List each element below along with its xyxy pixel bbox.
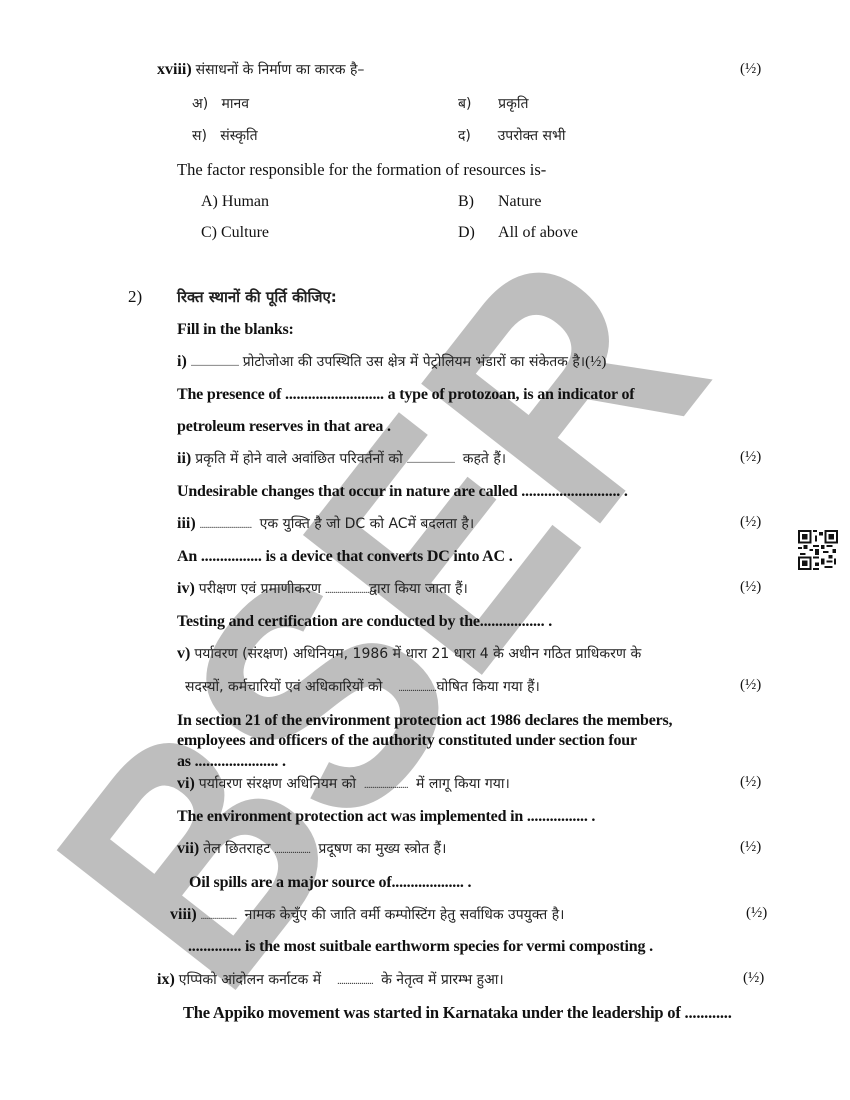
q18-marks: (½) (740, 61, 761, 78)
qr-code-icon[interactable] (798, 530, 838, 570)
option-label: B) (458, 193, 474, 210)
blank: ........................ (191, 358, 239, 369)
blank: ...................... (364, 780, 408, 791)
item-ix-marks: (½) (743, 970, 764, 987)
item-i-hindi: i) ........................ प्रोटोजोआ की… (177, 352, 606, 374)
item-v-hindi-1: v) पर्यावरण (संरक्षण) अधिनियम, 1986 में … (177, 644, 641, 664)
hindi-text: नामक केचुँए की जाति वर्मी कम्पोस्टिंग हे… (245, 907, 565, 923)
option-label: ब) (458, 96, 471, 112)
option-label: A) (201, 193, 218, 210)
option-text: Culture (221, 224, 269, 241)
item-number: iv) (177, 580, 195, 597)
option-text: Human (222, 193, 269, 210)
option-label: द) (458, 128, 471, 144)
blank: ................... (398, 683, 436, 694)
section2-hindi-heading: रिक्त स्थानों की पूर्ति कीजिए: (177, 287, 337, 307)
q18-english-option-d: D) All of above (458, 223, 578, 243)
exam-page: BSER xviii) संसाधनों के निर्माण का कारक … (0, 0, 850, 1100)
item-ix-english: The Appiko movement was started in Karna… (183, 1003, 732, 1023)
item-vii-hindi: vii) तेल छितराहट .................. प्रद… (177, 839, 446, 861)
item-vii-marks: (½) (740, 839, 761, 856)
hindi-text: घोषित किया गया हैं। (436, 679, 539, 695)
item-i-english-2: petroleum reserves in that area . (177, 417, 391, 437)
hindi-text: तेल छितराहट (203, 841, 270, 857)
item-vi-marks: (½) (740, 774, 761, 791)
item-viii-hindi: viii) .................. नामक केचुँए की … (170, 905, 564, 927)
hindi-text: कहते हैं। (463, 451, 506, 467)
item-number: vi) (177, 775, 195, 792)
q18-hindi-option-a: अ) मानव (192, 94, 249, 114)
item-iv-hindi: iv) परीक्षण एवं प्रमाणीकरण .............… (177, 579, 468, 601)
item-iv-marks: (½) (740, 579, 761, 596)
q18-english-option-a: A) Human (201, 192, 269, 212)
hindi-text: द्वारा किया जाता हैं। (369, 581, 468, 597)
option-text: मानव (222, 96, 250, 112)
item-vii-english: Oil spills are a major source of........… (189, 873, 471, 893)
section2-number: 2) (128, 287, 142, 307)
q18-hindi-option-c: स) संस्कृति (192, 126, 258, 146)
q18-number: xviii) (157, 61, 192, 78)
hindi-text: पर्यावरण (संरक्षण) अधिनियम, 1986 में धार… (194, 646, 641, 662)
item-number: vii) (177, 840, 199, 857)
item-ii-hindi: ii) प्रकृति में होने वाले अवांछित परिवर्… (177, 449, 506, 471)
option-label: अ) (192, 96, 208, 112)
option-label: C) (201, 224, 217, 241)
item-iii-english: An ................ is a device that con… (177, 547, 513, 567)
hindi-text: प्रदूषण का मुख्य स्त्रोत हैं। (318, 841, 446, 857)
item-viii-english: .............. is the most suitbale eart… (188, 937, 653, 957)
hindi-text: एक युक्ति है जो DC को ACमें बदलता है। (260, 516, 474, 532)
q18-hindi-text: संसाधनों के निर्माण का कारक है– (196, 62, 365, 78)
option-label: स) (192, 128, 207, 144)
option-text: उपरोक्त सभी (498, 128, 566, 144)
blank: ...................... (325, 585, 369, 596)
item-ii-english: Undesirable changes that occur in nature… (177, 482, 628, 502)
option-text: संस्कृति (220, 128, 257, 144)
item-ii-marks: (½) (740, 449, 761, 466)
item-number: ix) (157, 971, 175, 988)
item-v-hindi-2: सदस्यों, कर्मचारियों एवं अधिकारियों को .… (185, 677, 540, 699)
marks: (½) (585, 354, 606, 370)
item-iii-hindi: iii) .......................... एक युक्त… (177, 514, 474, 536)
hindi-text: पर्यावरण संरक्षण अधिनियम को (199, 776, 356, 792)
hindi-text: प्रकृति में होने वाले अवांछित परिवर्तनों… (195, 451, 403, 467)
blank: ........................ (407, 455, 455, 466)
item-number: iii) (177, 515, 196, 532)
blank: .................. (337, 976, 373, 987)
item-number: v) (177, 645, 190, 662)
hindi-text: सदस्यों, कर्मचारियों एवं अधिकारियों को (185, 679, 382, 695)
item-vi-english: The environment protection act was imple… (177, 807, 595, 827)
q18-english-text: The factor responsible for the formation… (177, 160, 546, 180)
option-text: All of above (498, 224, 578, 241)
q18-question: xviii) संसाधनों के निर्माण का कारक है– (157, 60, 364, 80)
item-v-english-2: employees and officers of the authority … (177, 731, 637, 751)
hindi-text: परीक्षण एवं प्रमाणीकरण (199, 581, 321, 597)
q18-hindi-option-b: ब) प्रकृति (458, 94, 529, 114)
item-iv-english: Testing and certification are conducted … (177, 612, 552, 632)
item-number: ii) (177, 450, 191, 467)
blank: .................. (274, 845, 310, 856)
option-text: प्रकृति (498, 96, 528, 112)
blank: .................. (201, 911, 237, 922)
hindi-text: में लागू किया गया। (416, 776, 510, 792)
item-v-marks: (½) (740, 677, 761, 694)
hindi-text: के नेतृत्व में प्रारम्भ हुआ। (381, 972, 504, 988)
option-text: Nature (498, 193, 542, 210)
item-i-english-1: The presence of ........................… (177, 385, 634, 405)
option-label: D) (458, 224, 475, 241)
item-viii-marks: (½) (746, 905, 767, 922)
item-number: i) (177, 353, 187, 370)
q18-hindi-option-d: द) उपरोक्त सभी (458, 126, 565, 146)
item-iii-marks: (½) (740, 514, 761, 531)
blank: .......................... (200, 520, 252, 531)
q18-english-option-c: C) Culture (201, 223, 269, 243)
hindi-text: एप्पिको आंदोलन कर्नाटक में (179, 972, 321, 988)
hindi-text: प्रोटोजोआ की उपस्थिति उस क्षेत्र में पेट… (243, 354, 585, 370)
item-v-english-3: as ...................... . (177, 752, 286, 772)
item-ix-hindi: ix) एप्पिको आंदोलन कर्नाटक में .........… (157, 970, 504, 992)
section2-english-heading: Fill in the blanks: (177, 320, 294, 340)
item-vi-hindi: vi) पर्यावरण संरक्षण अधिनियम को ........… (177, 774, 510, 796)
item-v-english-1: In section 21 of the environment protect… (177, 711, 672, 731)
item-number: viii) (170, 906, 197, 923)
q18-english-option-b: B) Nature (458, 192, 542, 212)
